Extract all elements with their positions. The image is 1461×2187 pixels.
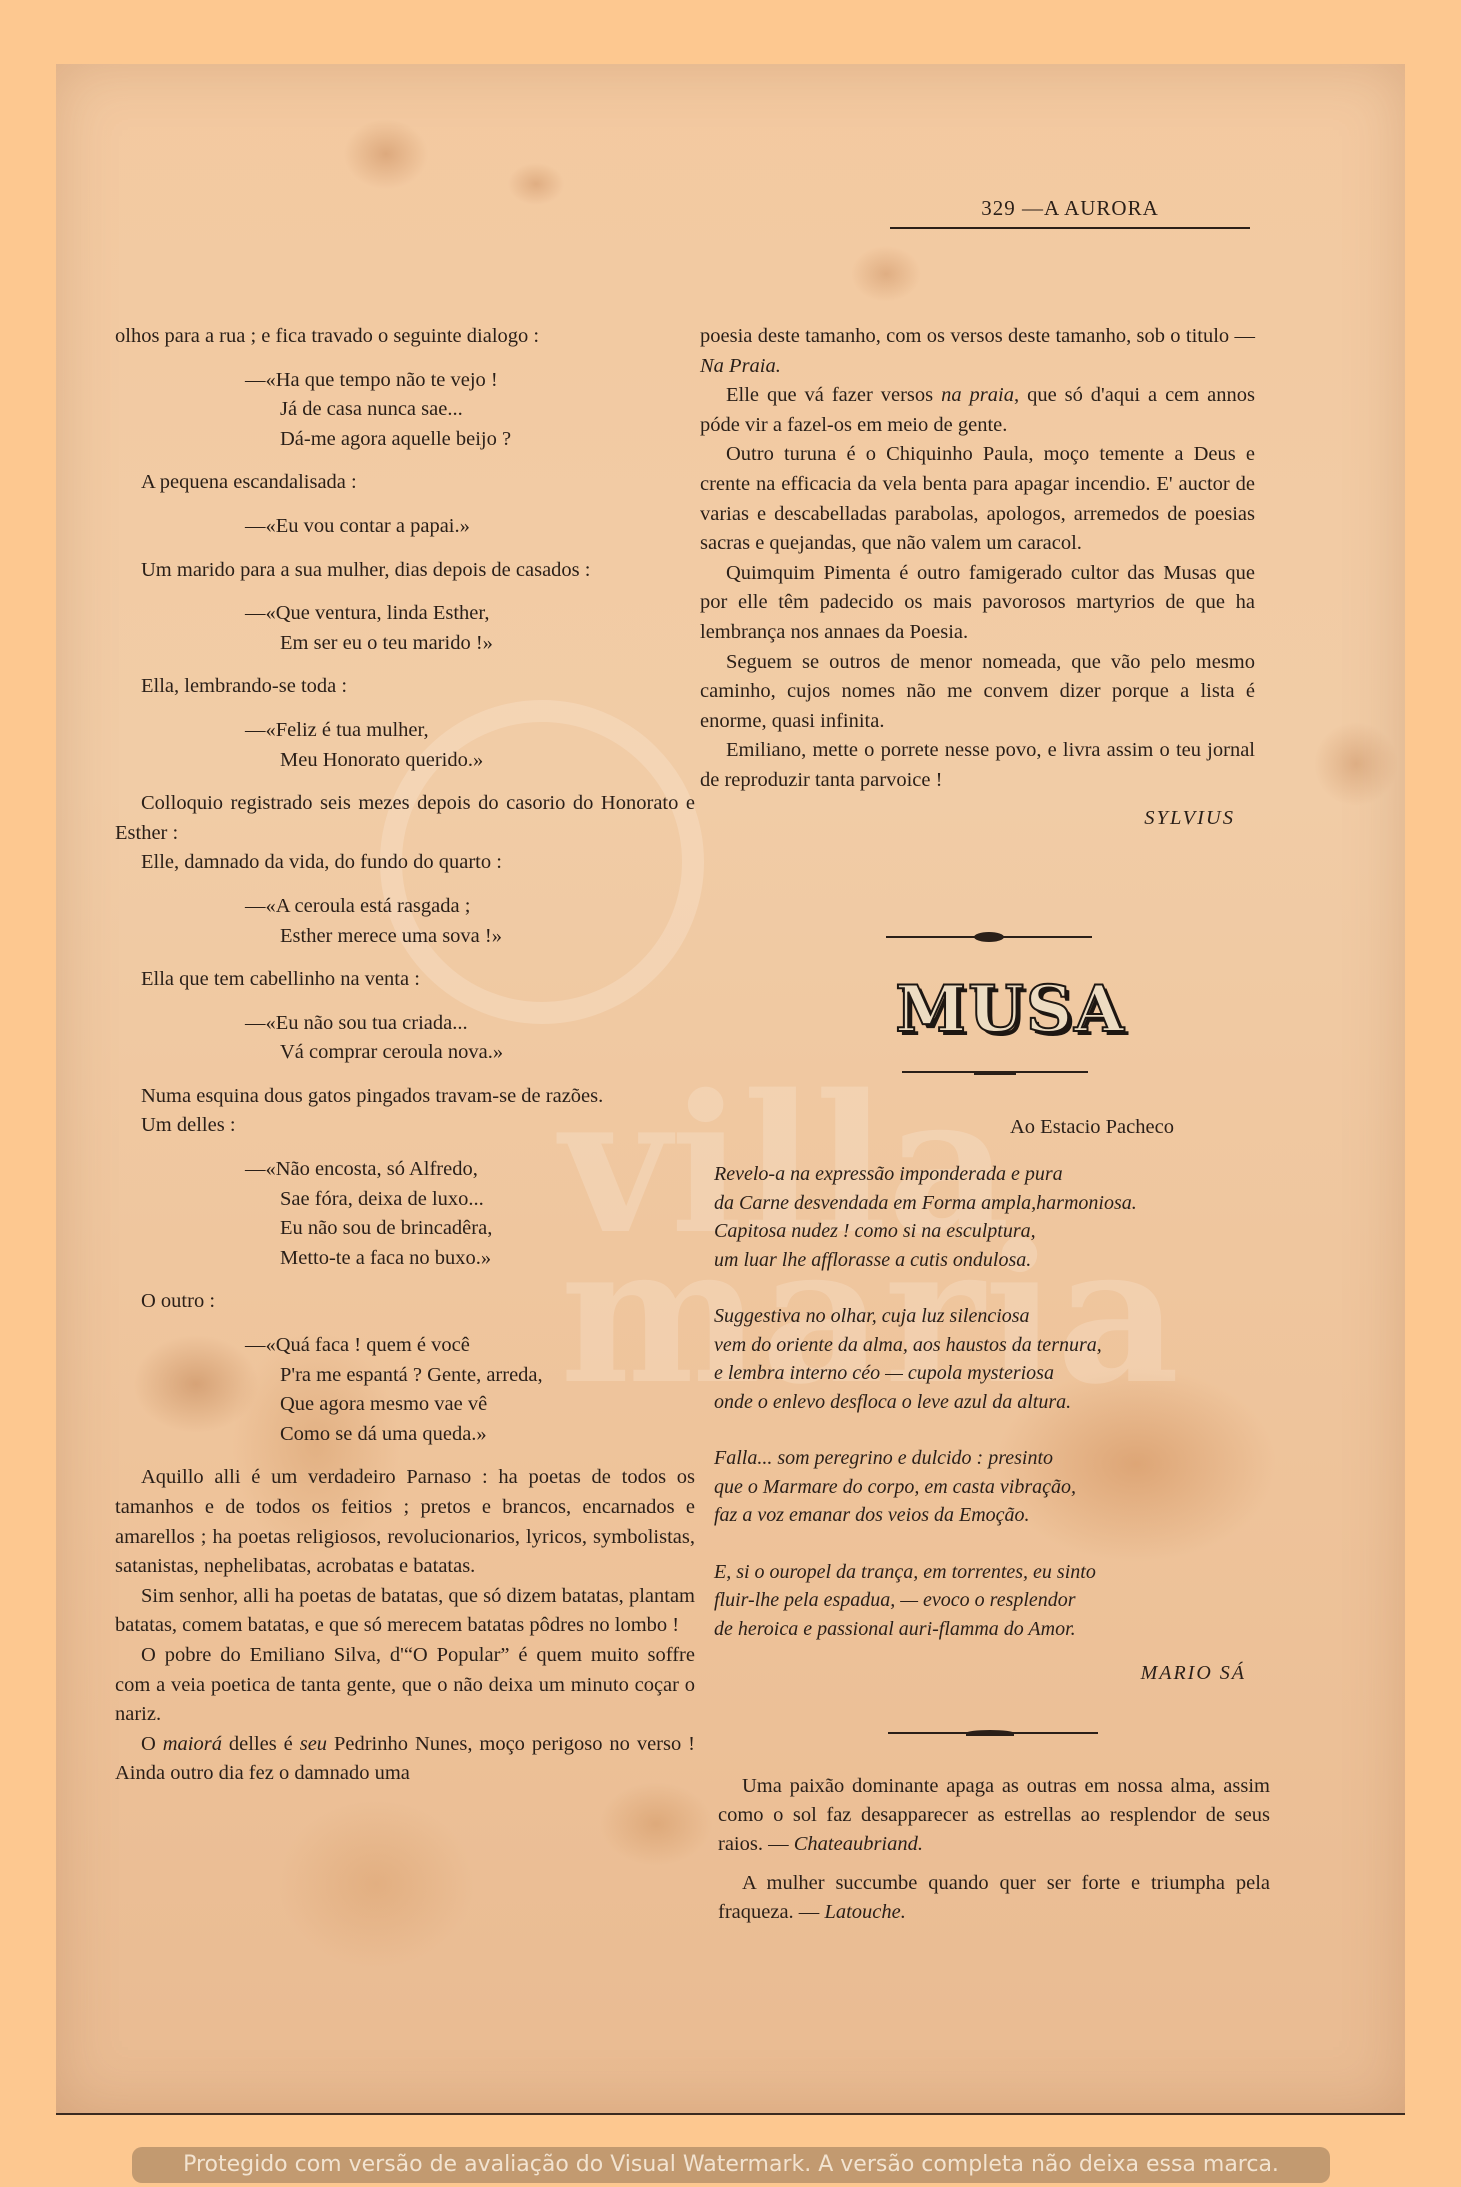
paragraph: poesia deste tamanho, com os versos dest… (700, 322, 1255, 381)
poem-stanza: E, si o ouropel da trança, em torrentes,… (714, 1558, 1274, 1644)
spacer (115, 498, 695, 512)
verse-line: Meu Honorato querido.» (245, 746, 695, 776)
poem-dedication: Ao Estacio Pacheco (1010, 1116, 1174, 1139)
ornament-divider-bottom (888, 1730, 1098, 1736)
ornament-divider-title (902, 1070, 1088, 1076)
spacer (115, 352, 695, 366)
poem-line: E, si o ouropel da trança, em torrentes,… (714, 1558, 1274, 1587)
italic-word: seu (300, 1733, 327, 1755)
poem-line: fluir-lhe pela espadua, — evoco o resple… (714, 1586, 1274, 1615)
paragraph: Quimquim Pimenta é outro famigerado cult… (700, 559, 1255, 648)
verse-block: —«Eu não sou tua criada...Vá comprar cer… (245, 1009, 695, 1068)
spacer (115, 585, 695, 599)
poem-line: um luar lhe afflorasse a cutis ondulosa. (714, 1246, 1274, 1275)
verse-line: —«Ha que tempo não te vejo ! (245, 366, 695, 396)
spacer (115, 878, 695, 892)
paragraph: Um marido para a sua mulher, dias depois… (115, 556, 695, 586)
poem-line: onde o enlevo desfloca o leve azul da al… (714, 1388, 1274, 1417)
poem-line: faz a voz emanar dos veios da Emoção. (714, 1501, 1274, 1530)
spacer (115, 1068, 695, 1082)
verse-line: —«Não encosta, só Alfredo, (245, 1155, 695, 1185)
verse-line: Como se dá uma queda.» (245, 1420, 695, 1450)
article-signature: SYLVIUS (700, 804, 1255, 834)
paragraph: O maiorá delles é seu Pedrinho Nunes, mo… (115, 1730, 695, 1789)
quote-author: Chateaubriand. (794, 1833, 923, 1855)
right-column: poesia deste tamanho, com os versos dest… (700, 322, 1255, 833)
spacer (115, 454, 695, 468)
verse-block: —«Ha que tempo não te vejo !Já de casa n… (245, 366, 695, 455)
poem-line: da Carne desvendada em Forma ampla,harmo… (714, 1189, 1274, 1218)
verse-block: —«Quá faca ! quem é vocêP'ra me espantá … (245, 1331, 695, 1449)
poem-line: Revelo-a na expressão imponderada e pura (714, 1160, 1274, 1189)
watermark-banner: Protegido com versão de avaliação do Vis… (132, 2147, 1330, 2183)
italic-word: maiorá (163, 1733, 222, 1755)
right-column-paragraphs: poesia deste tamanho, com os versos dest… (700, 322, 1255, 796)
verse-line: Metto-te a faca no buxo.» (245, 1244, 695, 1274)
paragraph: A pequena escandalisada : (115, 468, 695, 498)
paragraph: Aquillo alli é um verdadeiro Parnaso : h… (115, 1463, 695, 1581)
verse-line: P'ra me espantá ? Gente, arreda, (245, 1361, 695, 1391)
verse-line: Que agora mesmo vae vê (245, 1390, 695, 1420)
quote-author: Latouche. (824, 1901, 905, 1923)
italic-word: na praia (941, 384, 1014, 406)
verse-block: —«A ceroula está rasgada ;Esther merece … (245, 892, 695, 951)
paragraph: Elle que vá fazer versos na praia, que s… (700, 381, 1255, 440)
poem-line: vem do oriente da alma, aos haustos da t… (714, 1331, 1274, 1360)
verse-line: —«Feliz é tua mulher, (245, 716, 695, 746)
verse-block: —«Não encosta, só Alfredo,Sae fóra, deix… (245, 1155, 695, 1273)
paragraph: Ella que tem cabellinho na venta : (115, 965, 695, 995)
verse-line: Sae fóra, deixa de luxo... (245, 1185, 695, 1215)
verse-line: Já de casa nunca sae... (245, 395, 695, 425)
quotes-section: Uma paixão dominante apaga as outras em … (718, 1772, 1270, 1937)
poem-line: de heroica e passional auri-flamma do Am… (714, 1615, 1274, 1644)
verse-line: Eu não sou de brincadêra, (245, 1214, 695, 1244)
poem-body: Revelo-a na expressão imponderada e pura… (714, 1160, 1274, 1671)
poem-line: e lembra interno céo — cupola mysteriosa (714, 1359, 1274, 1388)
paragraph: Ella, lembrando-se toda : (115, 672, 695, 702)
paragraph: Colloquio registrado seis mezes depois d… (115, 789, 695, 848)
paragraph: Seguem se outros de menor nomeada, que v… (700, 648, 1255, 737)
poem-author: MARIO SÁ (1060, 1662, 1246, 1685)
spacer (115, 995, 695, 1009)
italic-word: Na Praia. (700, 355, 781, 377)
verse-line: —«Eu vou contar a papai.» (245, 512, 695, 542)
running-head: 329 —A AURORA (890, 196, 1250, 229)
verse-block: —«Feliz é tua mulher,Meu Honorato querid… (245, 716, 695, 775)
poem-title: MUSA (838, 972, 1183, 1047)
spacer (115, 1317, 695, 1331)
spacer (115, 951, 695, 965)
poem-stanza: Falla... som peregrino e dulcido : presi… (714, 1444, 1274, 1530)
spacer (115, 542, 695, 556)
verse-block: —«Que ventura, linda Esther,Em ser eu o … (245, 599, 695, 658)
paragraph: Elle, damnado da vida, do fundo do quart… (115, 848, 695, 878)
paragraph: Emiliano, mette o porrete nesse povo, e … (700, 736, 1255, 795)
verse-line: Em ser eu o teu marido !» (245, 629, 695, 659)
verse-line: Vá comprar ceroula nova.» (245, 1038, 695, 1068)
verse-line: —«Eu não sou tua criada... (245, 1009, 695, 1039)
poem-line: Falla... som peregrino e dulcido : presi… (714, 1444, 1274, 1473)
spacer (115, 775, 695, 789)
paragraph: Numa esquina dous gatos pingados travam-… (115, 1082, 695, 1112)
poem-stanza: Suggestiva no olhar, cuja luz silenciosa… (714, 1302, 1274, 1416)
paragraph: Sim senhor, alli ha poetas de batatas, q… (115, 1582, 695, 1641)
ornament-divider-top (886, 934, 1092, 940)
spacer (115, 702, 695, 716)
spacer (115, 1141, 695, 1155)
poem-stanza: Revelo-a na expressão imponderada e pura… (714, 1160, 1274, 1274)
verse-line: —«A ceroula está rasgada ; (245, 892, 695, 922)
verse-line: Esther merece uma sova !» (245, 922, 695, 952)
verse-block: —«Eu vou contar a papai.» (245, 512, 695, 542)
spacer (115, 1273, 695, 1287)
left-column: olhos para a rua ; e fica travado o segu… (115, 322, 695, 1789)
paragraph: O outro : (115, 1287, 695, 1317)
quote: Uma paixão dominante apaga as outras em … (718, 1772, 1270, 1859)
poem-line: Suggestiva no olhar, cuja luz silenciosa (714, 1302, 1274, 1331)
verse-line: —«Que ventura, linda Esther, (245, 599, 695, 629)
verse-line: —«Quá faca ! quem é você (245, 1331, 695, 1361)
poem-line: Capitosa nudez ! como si na esculptura, (714, 1217, 1274, 1246)
paragraph: Outro turuna é o Chiquinho Paula, moço t… (700, 440, 1255, 558)
paragraph: olhos para a rua ; e fica travado o segu… (115, 322, 695, 352)
paragraph: Um delles : (115, 1111, 695, 1141)
spacer (115, 1449, 695, 1463)
poem-line: que o Marmare do corpo, em casta vibraçã… (714, 1473, 1274, 1502)
spacer (115, 658, 695, 672)
verse-line: Dá-me agora aquelle beijo ? (245, 425, 695, 455)
quote: A mulher succumbe quando quer ser forte … (718, 1869, 1270, 1927)
paragraph: O pobre do Emiliano Silva, d'“O Popular”… (115, 1641, 695, 1730)
